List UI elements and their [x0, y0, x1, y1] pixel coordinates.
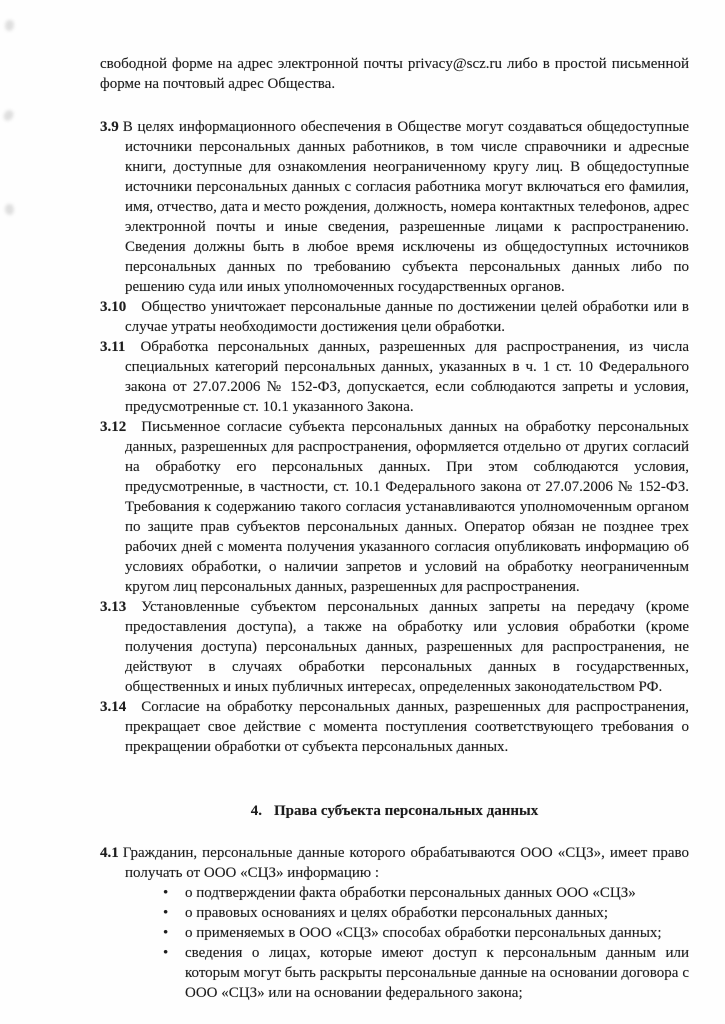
scan-artifact — [4, 203, 16, 216]
item-text: Согласие на обработку персональных данны… — [125, 699, 689, 755]
item-number: 3.14 — [100, 699, 126, 715]
bullet-icon: • — [163, 943, 168, 963]
scan-artifact — [2, 109, 15, 123]
document-page: свободной форме на адрес электронной поч… — [0, 0, 725, 1024]
list-item: •о правовых основаниях и целях обработки… — [100, 903, 689, 923]
numbered-item-3-10: 3.10Общество уничтожает персональные дан… — [100, 297, 689, 337]
item-text: Установленные субъектом персональных дан… — [125, 599, 689, 695]
list-item: •о подтверждении факта обработки персона… — [100, 883, 689, 903]
document-content: свободной форме на адрес электронной поч… — [100, 54, 689, 1003]
item-number: 4.1 — [100, 845, 119, 861]
numbered-item-4-1: 4.1Гражданин, персональные данные которо… — [100, 843, 689, 883]
item-number: 3.12 — [100, 419, 126, 435]
item-number: 3.9 — [100, 119, 119, 135]
numbered-item-3-11: 3.11Обработка персональных данных, разре… — [100, 337, 689, 417]
bullet-text: о применяемых в ООО «СЦЗ» способах обраб… — [185, 925, 662, 941]
item-text: Письменное согласие субъекта персональны… — [125, 419, 689, 595]
numbered-item-3-9: 3.9В целях информационного обеспечения в… — [100, 117, 689, 297]
bullet-icon: • — [163, 923, 168, 943]
numbered-item-3-12: 3.12Письменное согласие субъекта персона… — [100, 417, 689, 597]
bullet-text: сведения о лицах, которые имеют доступ к… — [185, 945, 689, 1001]
bullet-icon: • — [163, 883, 168, 903]
item-text: Обработка персональных данных, разрешенн… — [125, 339, 689, 415]
list-item: •о применяемых в ООО «СЦЗ» способах обра… — [100, 923, 689, 943]
item-text: Гражданин, персональные данные которого … — [123, 845, 689, 881]
item-text: Общество уничтожает персональные данные … — [125, 299, 689, 335]
bullet-icon: • — [163, 903, 168, 923]
numbered-item-3-13: 3.13Установленные субъектом персональных… — [100, 597, 689, 697]
section-title: Права субъекта персональных данных — [274, 803, 538, 819]
section-heading: 4.Права субъекта персональных данных — [100, 801, 689, 821]
numbered-item-3-14: 3.14Согласие на обработку персональных д… — [100, 697, 689, 757]
paragraph-intro-continuation: свободной форме на адрес электронной поч… — [100, 54, 689, 94]
item-number: 3.11 — [100, 339, 125, 355]
list-item: •сведения о лицах, которые имеют доступ … — [100, 943, 689, 1003]
scan-artifact — [5, 20, 14, 31]
bullet-text: о подтверждении факта обработки персонал… — [185, 885, 636, 901]
section-number: 4. — [251, 803, 262, 819]
item-number: 3.13 — [100, 599, 126, 615]
item-text: В целях информационного обеспечения в Об… — [123, 119, 689, 295]
bullet-text: о правовых основаниях и целях обработки … — [185, 905, 608, 921]
item-number: 3.10 — [100, 299, 126, 315]
